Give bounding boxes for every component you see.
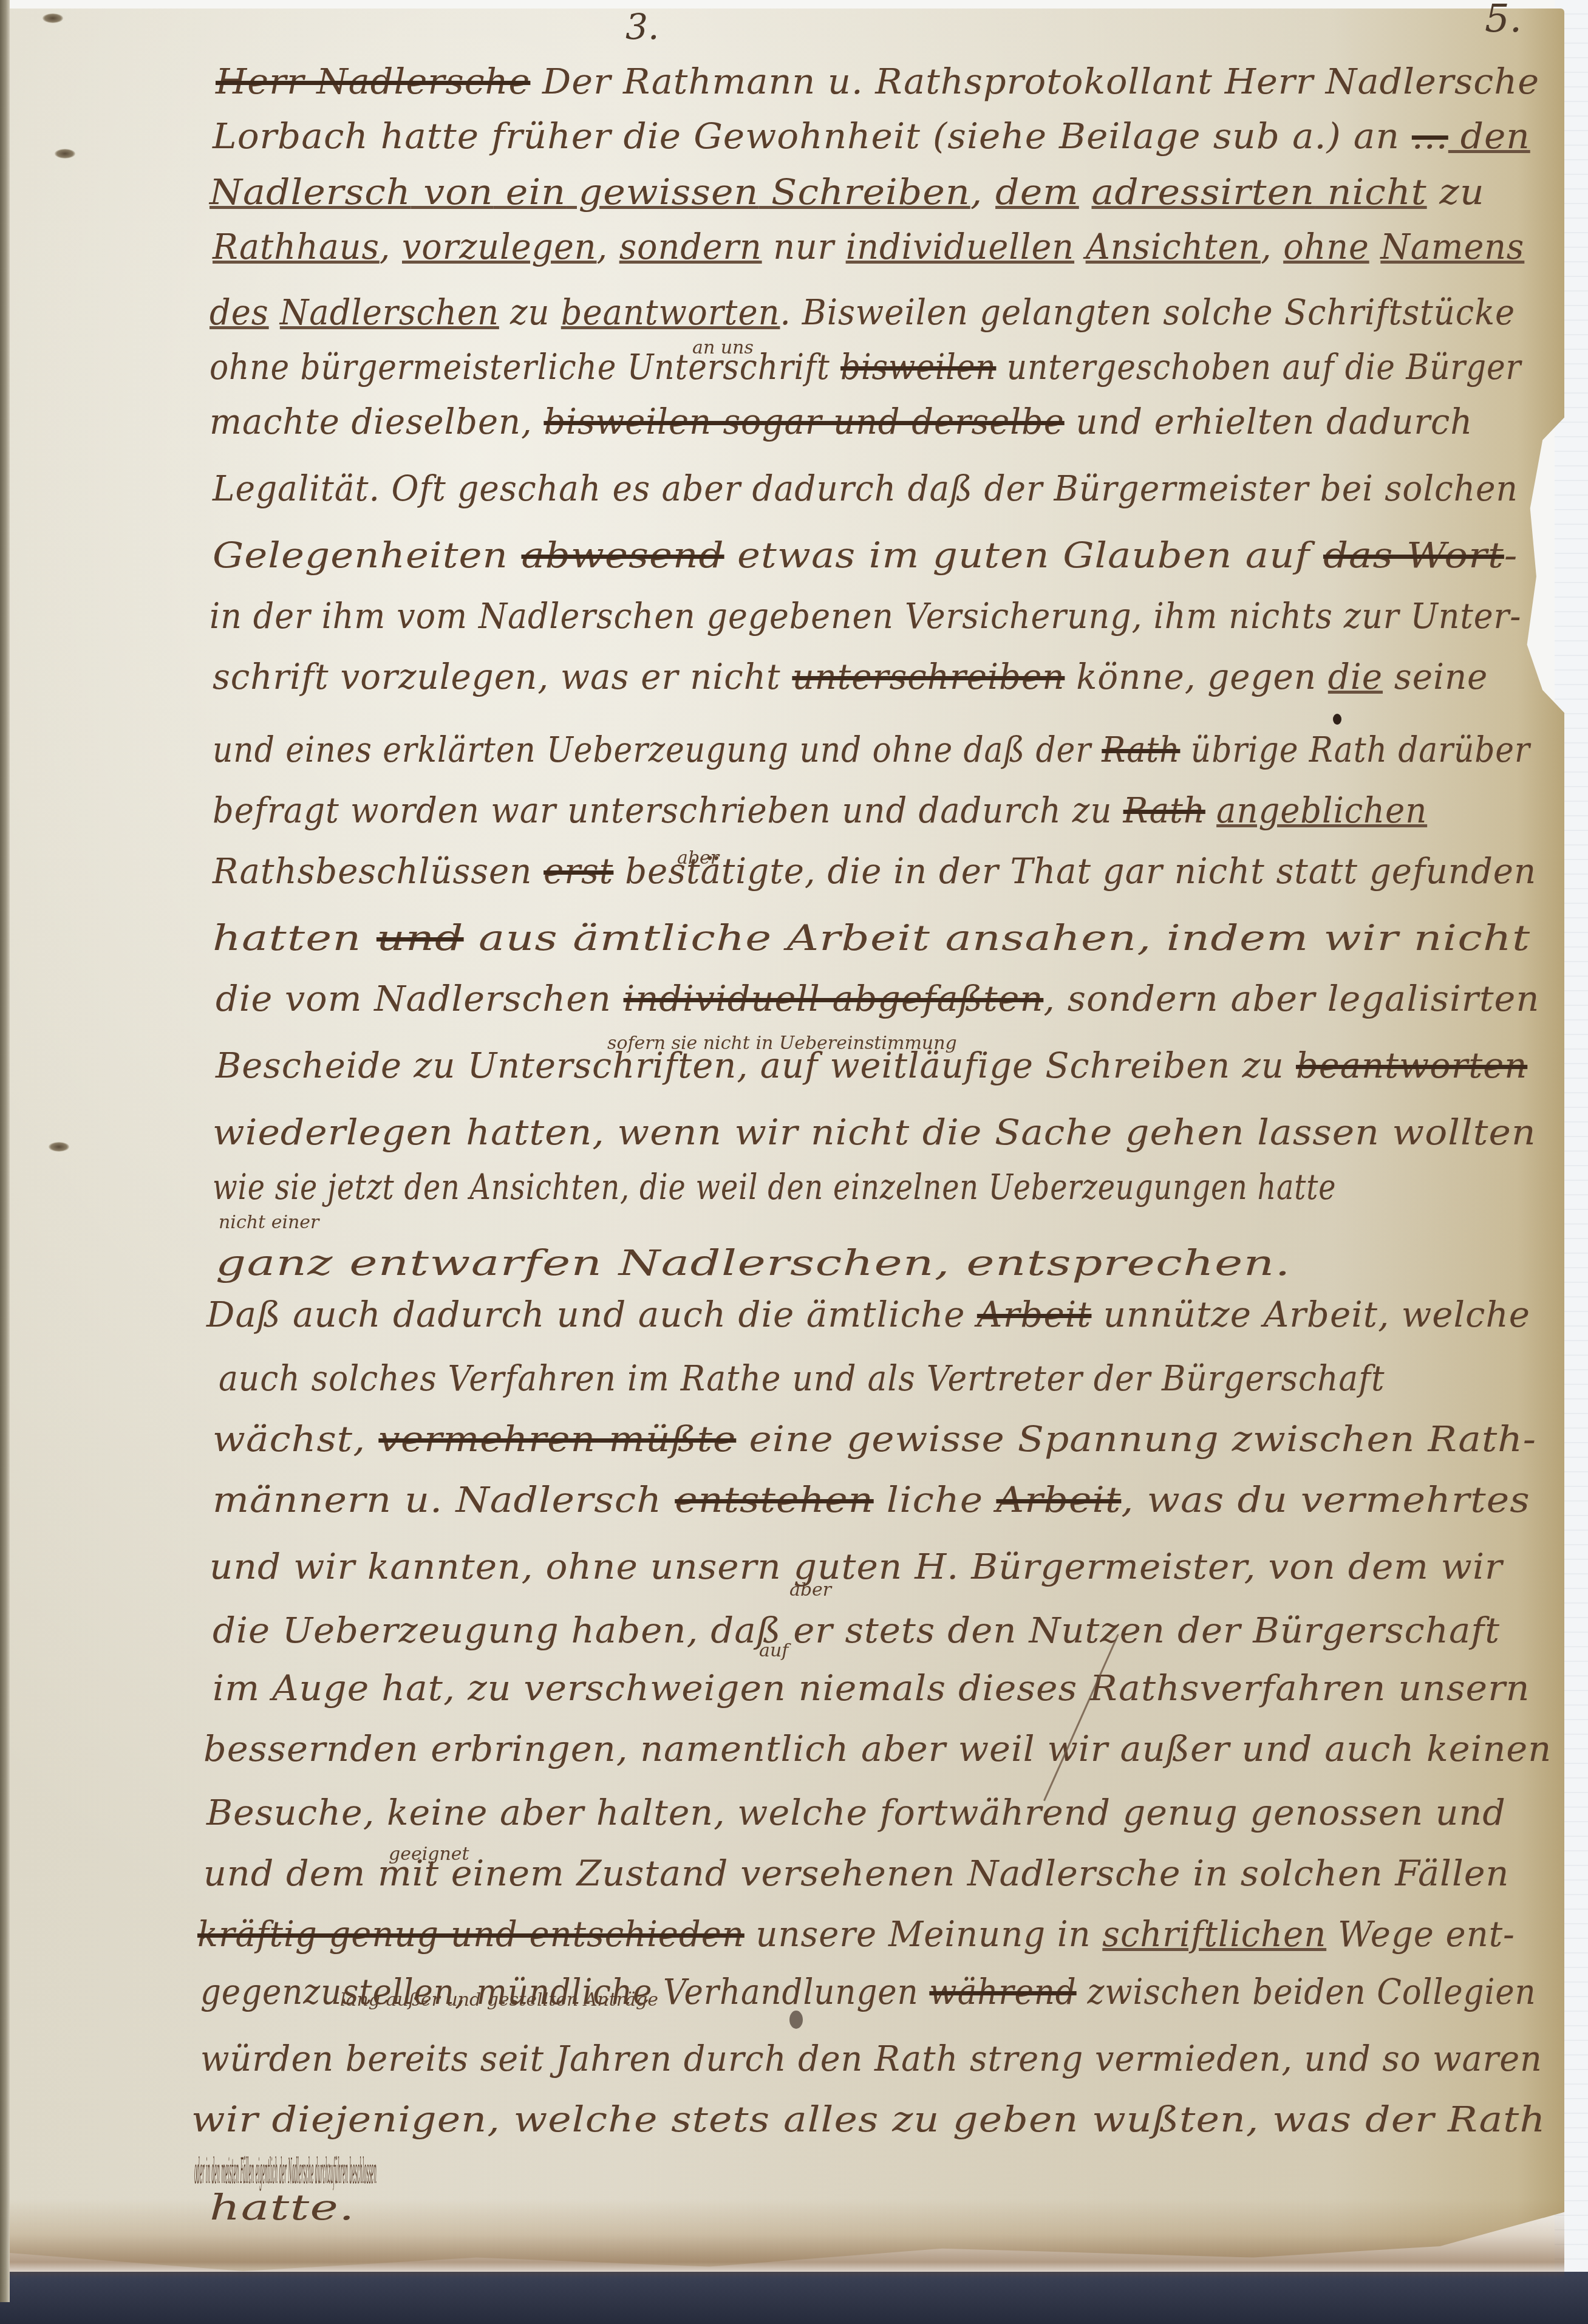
binding-spine [0, 0, 10, 2302]
struck-text: Rath [1102, 729, 1180, 770]
text-segment: Besuche, keine aber halten, welche fortw… [206, 1792, 1506, 1833]
interlinear-insertion: an uns [692, 337, 754, 358]
text-segment: oder in den meisten Fällen eigentlich de… [194, 2150, 377, 2192]
manuscript-line: Besuche, keine aber halten, welche fortw… [206, 1792, 1506, 1833]
manuscript-line: Herr Nadlersche Der Rathmann u. Rathspro… [216, 61, 1539, 102]
struck-text: beantworten [1296, 1045, 1527, 1086]
text-segment: zu [499, 292, 561, 333]
struck-text: vermehren müßte [378, 1418, 736, 1460]
manuscript-line: und wir kannten, ohne unsern guten H. Bü… [210, 1546, 1503, 1587]
text-segment: männern u. Nadlersch [213, 1479, 675, 1520]
interlinear-insertion: auf [759, 1640, 788, 1661]
underlined-text: gewissen [566, 171, 758, 213]
text-segment: wächst, [213, 1418, 378, 1460]
text-segment: wiederlegen hatten, wenn wir nicht die S… [213, 1112, 1536, 1153]
text-segment: wie sie jetzt den Ansichten, die weil de… [213, 1166, 1336, 1208]
struck-text: bisweilen sogar und derselbe [544, 401, 1064, 442]
text-segment: und wir kannten, ohne unsern guten H. Bü… [210, 1546, 1503, 1587]
manuscript-line: des Nadlerschen zu beantworten. Bisweile… [210, 292, 1515, 333]
ink-blot [1333, 714, 1341, 725]
binding-hole [55, 149, 75, 159]
underlined-text: den [1448, 115, 1530, 157]
manuscript-line: schrift vorzulegen, was er nicht untersc… [213, 656, 1488, 697]
text-segment: schrift vorzulegen, was er nicht [213, 656, 792, 697]
text-segment: hatte. [210, 2187, 355, 2228]
interlinear-insertion: aber [677, 847, 719, 869]
manuscript-line: Nadlersch von ein gewissen Schreiben, de… [210, 171, 1485, 213]
manuscript-line: bessernden erbringen, namentlich aber we… [203, 1728, 1552, 1769]
text-segment: hatten [213, 917, 377, 959]
manuscript-line: Gelegenheiten abwesend etwas im guten Gl… [213, 535, 1518, 576]
underlined-text: die [1328, 656, 1383, 697]
text-segment: und erhielten dadurch [1065, 401, 1473, 442]
text-segment: Gelegenheiten [213, 535, 521, 576]
manuscript-line: ohne bürgermeisterliche Unterschrift bis… [210, 346, 1521, 388]
text-segment: unnütze Arbeit, welche [1091, 1294, 1530, 1335]
manuscript-line: auch solches Verfahren im Rathe und als … [219, 1358, 1385, 1399]
text-segment: Rathsbeschlüssen [213, 850, 544, 892]
text-segment: übrige Rath darüber [1180, 729, 1530, 770]
text-segment [269, 292, 280, 333]
underlined-text: angeblichen [1216, 790, 1427, 831]
text-segment: die vom Nadlerschen [216, 978, 624, 1019]
struck-text: während [929, 1971, 1076, 2012]
underlined-text: vorzulegen [402, 226, 596, 267]
text-segment: bestätigte, die in der That gar nicht st… [613, 850, 1536, 892]
text-segment: zwischen beiden Collegien [1077, 1971, 1536, 2012]
text-segment: eine gewisse Spannung zwischen Rath- [736, 1418, 1536, 1460]
underlined-text: ohne [1283, 226, 1369, 267]
struck-text: entstehen [675, 1479, 873, 1520]
text-segment: , [596, 226, 619, 267]
struck-text: unterschreiben [792, 656, 1065, 697]
background-table-surface [0, 2272, 1588, 2324]
text-segment: unsere Meinung in [745, 1913, 1102, 1955]
folio-number: 5. [1485, 0, 1522, 41]
text-segment: Lorbach hatte früher die Gewohnheit (sie… [213, 115, 1412, 157]
text-segment: aus ämtliche Arbeit ansahen, indem wir n… [464, 917, 1531, 959]
manuscript-line: kräftig genug und entschieden unsere Mei… [197, 1913, 1515, 1955]
page-marker: 3. [625, 6, 659, 47]
struck-text: bisweilen [840, 346, 996, 388]
underlined-text: Namens [1380, 226, 1524, 267]
text-segment: Legalität. Oft geschah es aber dadurch d… [213, 468, 1518, 509]
text-segment: entwarfen [349, 1242, 602, 1283]
manuscript-line: wir diejenigen, welche stets alles zu ge… [191, 2099, 1545, 2140]
underlined-text: Nadlersch [210, 171, 411, 213]
manuscript-line: Rathsbeschlüssen erst bestätigte, die in… [213, 850, 1536, 892]
underlined-text: beantworten [561, 292, 780, 333]
underlined-text: dem [995, 171, 1079, 213]
manuscript-line: Rathhaus, vorzulegen, sondern nur indivi… [213, 226, 1524, 267]
manuscript-line: und eines erklärten Ueberzeugung und ohn… [213, 729, 1530, 770]
manuscript-line: hatte. [210, 2187, 355, 2228]
text-segment [1205, 790, 1216, 831]
struck-text: Arbeit [977, 1294, 1092, 1335]
underlined-text: Ansichten [1086, 226, 1261, 267]
text-segment: etwas im guten Glauben auf [724, 535, 1323, 576]
struck-text: individuell abgefaßten [624, 978, 1044, 1019]
binding-hole [49, 1142, 69, 1152]
manuscript-line: Legalität. Oft geschah es aber dadurch d… [213, 468, 1518, 509]
underlined-text: von [411, 171, 494, 213]
manuscript-line: die vom Nadlerschen individuell abgefaßt… [216, 978, 1539, 1019]
manuscript-line: die Ueberzeugung haben, daß er stets den… [213, 1610, 1500, 1651]
underlined-text: Nadlerschen [280, 292, 499, 333]
text-segment: könne, gegen [1065, 656, 1327, 697]
text-segment: und eines erklärten Ueberzeugung und ohn… [213, 729, 1102, 770]
manuscript-line: machte dieselben, bisweilen sogar und de… [210, 401, 1473, 442]
text-segment: . Bisweilen gelangten solche Schriftstüc… [780, 292, 1515, 333]
text-segment: die Ueberzeugung haben, daß er stets den… [213, 1610, 1500, 1651]
text-segment: Wege ent- [1326, 1913, 1515, 1955]
interlinear-insertion: nicht einer [219, 1212, 319, 1233]
text-segment: machte dieselben, [210, 401, 544, 442]
interlinear-insertion: aber [789, 1579, 831, 1601]
manuscript-line: männern u. Nadlersch entstehen liche Arb… [213, 1479, 1530, 1520]
underlined-text: sondern [619, 226, 762, 267]
underlined-text: individuellen [846, 226, 1074, 267]
manuscript-line: befragt worden war unterschrieben und da… [213, 790, 1427, 831]
text-segment: zu [1427, 171, 1485, 213]
text-segment: Nadlerschen, entsprechen. [602, 1242, 1290, 1283]
struck-text: ... [1412, 115, 1448, 157]
text-segment: befragt worden war unterschrieben und da… [213, 790, 1123, 831]
manuscript-line: würden bereits seit Jahren durch den Rat… [200, 2038, 1542, 2079]
text-segment: , [1261, 226, 1283, 267]
text-segment: in der ihm vom Nadlerschen gegebenen Ver… [210, 595, 1521, 637]
underlined-text: Rathhaus [213, 226, 380, 267]
struck-text: erst [544, 850, 613, 892]
interlinear-insertion: lang außer und gestellten Anträge [340, 1989, 658, 2011]
struck-text: Herr Nadlersche [216, 61, 530, 102]
interlinear-insertion: geeignet [389, 1844, 469, 1865]
text-segment: - [1504, 535, 1518, 576]
manuscript-line: im Auge hat, zu verschweigen niemals die… [213, 1667, 1530, 1709]
text-segment: seine [1383, 656, 1488, 697]
struck-text: das Wort [1323, 535, 1504, 576]
text-segment: wir diejenigen, welche stets alles zu ge… [191, 2099, 1545, 2140]
manuscript-line: hatten und aus ämtliche Arbeit ansahen, … [213, 917, 1531, 959]
manuscript-line: Lorbach hatte früher die Gewohnheit (sie… [213, 115, 1530, 157]
text-segment: im Auge hat, zu verschweigen niemals die… [213, 1667, 1530, 1709]
text-segment: würden bereits seit Jahren durch den Rat… [200, 2038, 1542, 2079]
text-segment [1074, 226, 1086, 267]
struck-text: kräftig genug und entschieden [197, 1913, 745, 1955]
text-segment: Daß auch dadurch und auch die ämtliche [206, 1294, 977, 1335]
text-segment: , [970, 171, 995, 213]
underlined-text: ein [493, 171, 566, 213]
struck-text: abwesend [521, 535, 724, 576]
text-segment [1079, 171, 1092, 213]
underlined-text: nicht [1315, 171, 1427, 213]
text-segment: nur [762, 226, 846, 267]
manuscript-line: in der ihm vom Nadlerschen gegebenen Ver… [210, 595, 1521, 637]
text-segment: bessernden erbringen, namentlich aber we… [203, 1728, 1552, 1769]
text-segment: ganz [216, 1242, 349, 1283]
manuscript-line: ganz entwarfen Nadlerschen, entsprechen. [216, 1242, 1291, 1283]
struck-text: Arbeit [996, 1479, 1121, 1520]
text-segment: Der Rathmann u. Rathsprotokollant Herr N… [530, 61, 1539, 102]
struck-text: und [377, 917, 464, 959]
underlined-text: schriftlichen [1102, 1913, 1326, 1955]
manuscript-line: wiederlegen hatten, wenn wir nicht die S… [213, 1112, 1536, 1153]
underlined-text: adressirten [1091, 171, 1315, 213]
underlined-text: des [210, 292, 269, 333]
manuscript-line: Daß auch dadurch und auch die ämtliche A… [206, 1294, 1530, 1335]
binding-hole [43, 13, 63, 23]
text-segment: liche [874, 1479, 997, 1520]
interlinear-insertion: sofern sie nicht in Uebereinstimmung [607, 1033, 957, 1054]
text-segment: , sondern aber legalisirten [1043, 978, 1539, 1019]
struck-text: Rath [1123, 790, 1205, 831]
text-segment: auch solches Verfahren im Rathe und als … [219, 1358, 1385, 1399]
text-segment: , [380, 226, 402, 267]
manuscript-line: oder in den meisten Fällen eigentlich de… [194, 2150, 377, 2192]
underlined-text: Schreiben [758, 171, 970, 213]
text-segment [1369, 226, 1381, 267]
manuscript-line: wächst, vermehren müßte eine gewisse Spa… [213, 1418, 1536, 1460]
text-segment: , was du vermehrtes [1121, 1479, 1530, 1520]
text-segment: untergeschoben auf die Bürger [996, 346, 1521, 388]
manuscript-line: wie sie jetzt den Ansichten, die weil de… [213, 1166, 1336, 1208]
ink-blot [789, 2011, 803, 2029]
